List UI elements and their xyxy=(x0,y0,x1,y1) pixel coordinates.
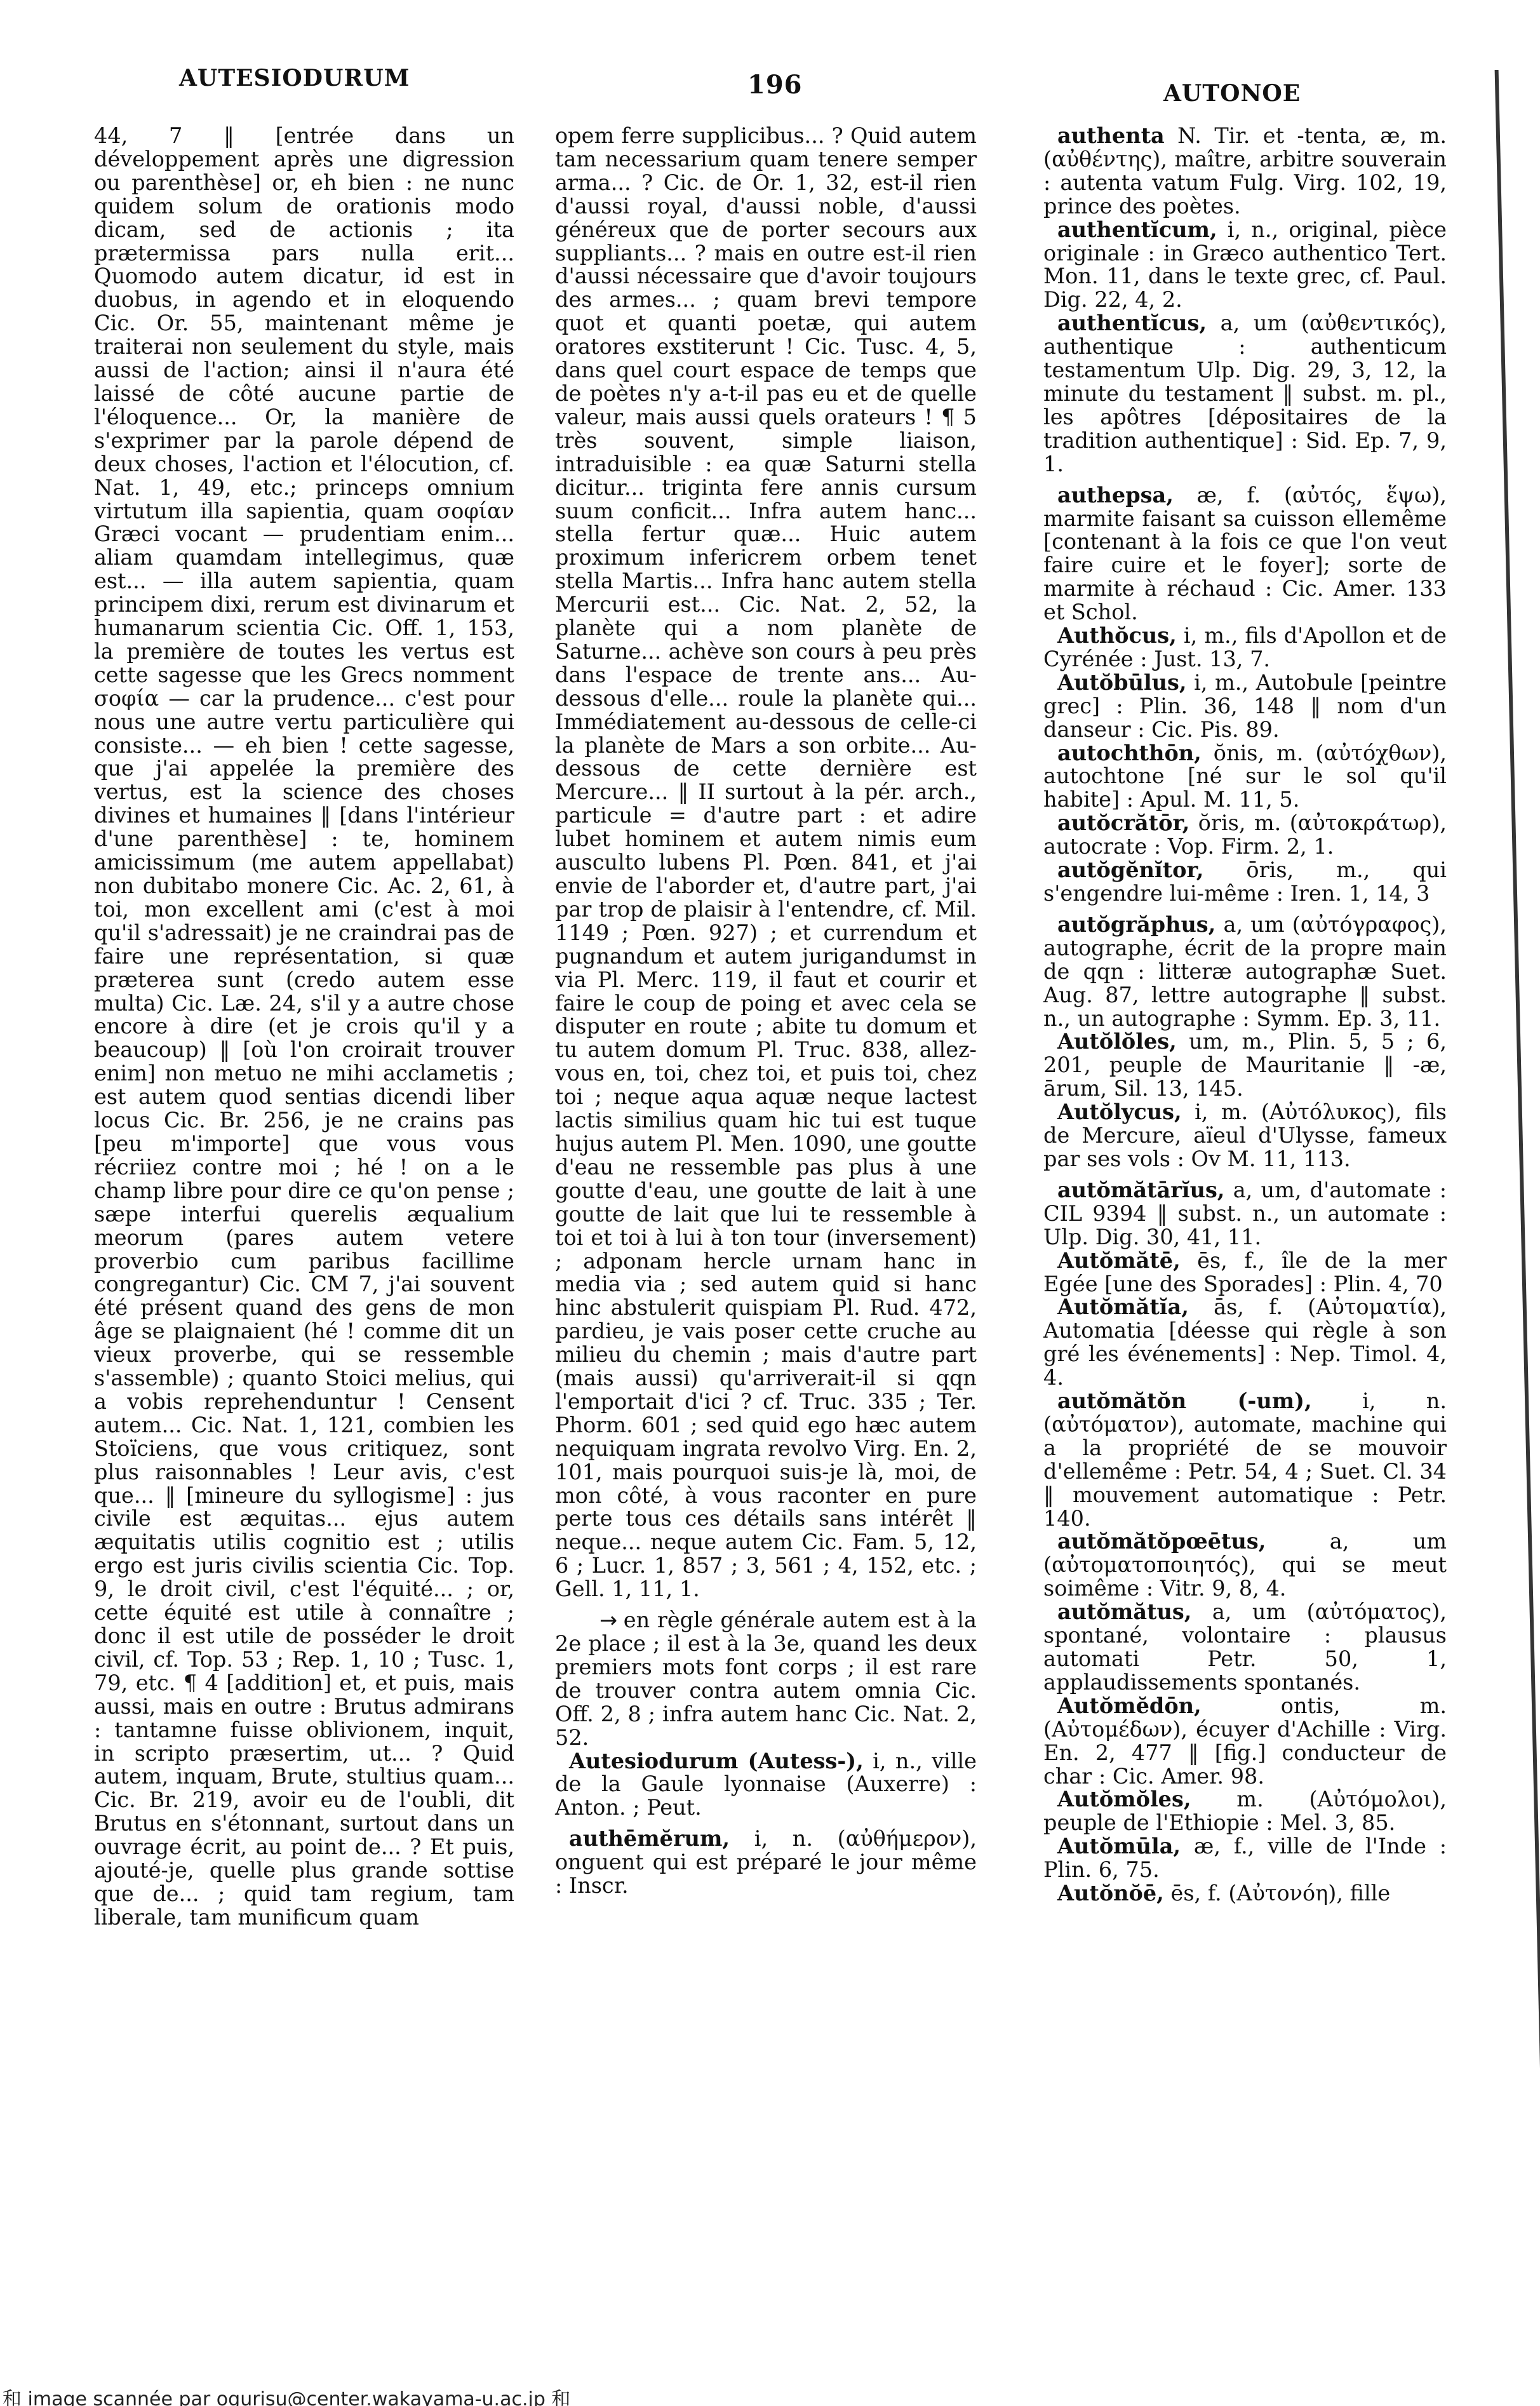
dictionary-entry: Autŏlŏles, um, m., Plin. 5, 5 ; 6, 201, … xyxy=(1043,1030,1447,1101)
headword: autŏmătŏn (-um), xyxy=(1057,1388,1312,1413)
dictionary-entry: Autŏlycus, i, m. (Αὐτόλυκος), fils de Me… xyxy=(1043,1101,1447,1171)
headword: autŏcrătōr, xyxy=(1057,810,1189,835)
dictionary-entry: Autŏnŏē, ēs, f. (Αὐτονόη), fille xyxy=(1043,1882,1447,1905)
headword: authēmĕrum, xyxy=(569,1826,730,1851)
headword: authepsa, xyxy=(1057,483,1174,507)
headword: autŏgĕnĭtor, xyxy=(1057,857,1203,882)
dictionary-entry: autŏmătŏn (-um), i, n. (αὐτόματον), auto… xyxy=(1043,1390,1447,1530)
headword: autŏmătus, xyxy=(1057,1599,1191,1624)
headword: authentĭcus, xyxy=(1057,311,1207,335)
headword: authentĭcum, xyxy=(1057,217,1217,242)
dictionary-entry: Autŏmĕdōn, ontis, m. (Αὐτομέδων), écuyer… xyxy=(1043,1695,1447,1789)
dictionary-entry: autŏmătārĭus, a, um, d'automate : CIL 93… xyxy=(1043,1179,1447,1249)
column-2: opem ferre supplicibus... ? Quid autem t… xyxy=(555,124,977,1898)
page-edge-shadow xyxy=(1495,70,1540,2331)
headword: Autŏlŏles, xyxy=(1057,1029,1177,1054)
headword: Autesiodurum (Autess-), xyxy=(569,1749,864,1773)
continued-entry-text: opem ferre supplicibus... ? Quid autem t… xyxy=(555,124,977,1601)
headword: Autŏbūlus, xyxy=(1057,670,1187,695)
dictionary-entry: autŏmătus, a, um (αὐτόματος), spontané, … xyxy=(1043,1601,1447,1695)
dictionary-entry: Autŏmătē, ēs, f., île de la mer Egée [un… xyxy=(1043,1249,1447,1296)
dictionary-entry: authentĭcus, a, um (αὐθεντικός), authent… xyxy=(1043,312,1447,476)
usage-note-text: en règle générale autem est à la 2e plac… xyxy=(555,1608,977,1750)
headword: Autŏmĕdōn, xyxy=(1057,1693,1202,1718)
dictionary-entry: Authŏcus, i, m., fils d'Apollon et de Cy… xyxy=(1043,624,1447,671)
headword: Autŏlycus, xyxy=(1057,1099,1182,1124)
continued-entry-text: 44, 7 ‖ [entrée dans un développement ap… xyxy=(94,124,514,1930)
headword: autŏgrăphus, xyxy=(1057,912,1215,937)
dictionary-entry: authentĭcum, i, n., original, pièce orig… xyxy=(1043,218,1447,313)
dictionary-entry: Autŏmŏles, m. (Αὐτόμολοι), peuple de l'E… xyxy=(1043,1788,1447,1835)
dictionary-entry: autŏgrăphus, a, um (αὐτόγραφος), autogra… xyxy=(1043,913,1447,1031)
dictionary-entry: autŏcrătōr, ŏris, m. (αὐτοκράτωρ), autoc… xyxy=(1043,812,1447,859)
usage-note: → en règle générale autem est à la 2e pl… xyxy=(555,1609,977,1749)
headword: Autŏmūla, xyxy=(1057,1834,1181,1858)
dictionary-entry: Autesiodurum (Autess-), i, n., ville de … xyxy=(555,1750,977,1820)
dictionary-entry: autŏmătŏpœētus, a, um (αὐτοματοποιητός),… xyxy=(1043,1530,1447,1601)
dictionary-entry: Autŏmūla, æ, f., ville de l'Inde : Plin.… xyxy=(1043,1835,1447,1882)
headword: authenta xyxy=(1057,123,1165,148)
entry-body: a, um (αὐθεντικός), authentique : authen… xyxy=(1043,311,1447,476)
arrow-icon: → xyxy=(555,1608,616,1632)
column-3: authenta N. Tir. et -tenta, æ, m. (αὐθέν… xyxy=(1043,124,1447,1905)
headword: Autŏmătĭa, xyxy=(1057,1294,1189,1319)
headword: Autŏnŏē, xyxy=(1057,1881,1164,1905)
headword: Authŏcus, xyxy=(1057,623,1177,648)
dictionary-entry: authenta N. Tir. et -tenta, æ, m. (αὐθέν… xyxy=(1043,124,1447,218)
scan-credit: 和 image scannée par ogurisu@center.wakay… xyxy=(3,2383,570,2406)
dictionary-entry: Autŏbūlus, i, m., Autobule [peintre grec… xyxy=(1043,671,1447,742)
guide-word-left: AUTESIODURUM xyxy=(179,65,410,91)
dictionary-entry: Autŏmătĭa, ās, f. (Αὐτοματία), Automatia… xyxy=(1043,1296,1447,1390)
headword: Autŏmătē, xyxy=(1057,1248,1181,1273)
headword: autochthōn, xyxy=(1057,741,1202,765)
column-1: 44, 7 ‖ [entrée dans un développement ap… xyxy=(94,124,514,1930)
headword: autŏmătŏpœētus, xyxy=(1057,1529,1266,1554)
dictionary-entry: autochthōn, ŏnis, m. (αὐτόχθων), autocht… xyxy=(1043,742,1447,812)
guide-word-right: AUTONOE xyxy=(1163,80,1301,107)
headword: autŏmătārĭus, xyxy=(1057,1178,1224,1202)
dictionary-entry: authēmĕrum, i, n. (αὐθήμερον), onguent q… xyxy=(555,1827,977,1898)
headword: Autŏmŏles, xyxy=(1057,1787,1191,1811)
dictionary-entry: autŏgĕnĭtor, ōris, m., qui s'engendre lu… xyxy=(1043,859,1447,906)
running-header: AUTESIODURUM 196 AUTONOE xyxy=(0,56,1540,107)
dictionary-entry: authepsa, æ, f. (αὐτός, ἕψω), marmite fa… xyxy=(1043,484,1447,624)
page-number: 196 xyxy=(747,70,803,100)
entry-body: ēs, f. (Αὐτονόη), fille xyxy=(1171,1881,1391,1905)
